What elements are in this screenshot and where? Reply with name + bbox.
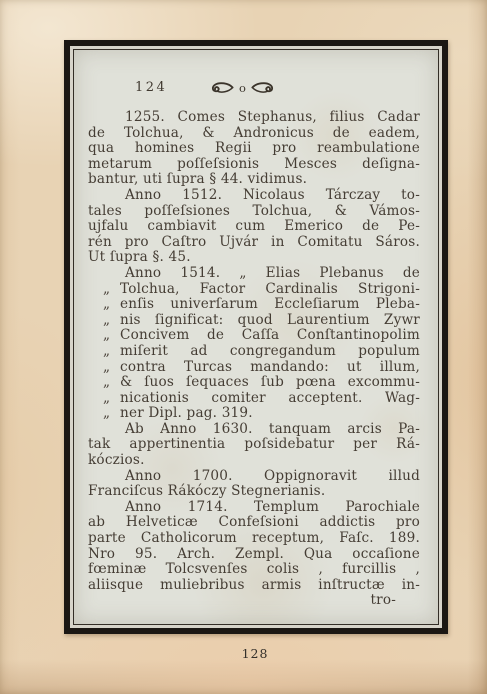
page-header: 124 o — [88, 80, 420, 98]
text-line: Anno 1714. Templum Parochiale — [88, 500, 420, 516]
text-line: „miſerit ad congregandum populum — [88, 344, 420, 360]
text-line: ab Helveticæ Confeſsioni addictis pro — [88, 515, 420, 531]
text-line: rén pro Caſtro Ujvár in Comitatu Sáros. — [88, 235, 420, 251]
text-line: fœminæ Tolcsvenſes colis , furcillis , — [88, 562, 420, 578]
quote-mark: „ — [103, 360, 110, 376]
quote-mark: „ — [103, 344, 110, 360]
text-line: Anno 1512. Nicolaus Tárczay to- — [88, 188, 420, 204]
page-text-block: 1255. Comes Stephanus, filius Cadar de T… — [88, 110, 420, 609]
header-page-number: 124 — [135, 80, 167, 95]
text-line: Ab Anno 1630. tanquam arcis Pa- — [88, 422, 420, 438]
text-line: Nro 95. Arch. Zempl. Qua occaſione — [88, 547, 420, 563]
text-line: 1255. Comes Stephanus, filius Cadar — [88, 110, 420, 126]
ornament-letter: o — [239, 82, 246, 94]
quote-mark: „ — [103, 313, 110, 329]
text-line-content: contra Turcas mandando: ut illum, — [120, 359, 420, 375]
text-line: qua homines Regii pro reambulatione — [88, 141, 420, 157]
header-ornament: o — [210, 81, 275, 94]
quote-mark: „ — [103, 391, 110, 407]
text-line: metarum poſſeſsionis Mesces deſigna- — [88, 157, 420, 173]
text-line: Ut ſupra §. 45. — [88, 250, 420, 266]
text-line: „enſis univerſarum Eccleſiarum Pleba- — [88, 297, 420, 313]
text-line-content: & ſuos ſequaces ſub pœna excommu- — [120, 374, 420, 390]
catchword: tro- — [88, 593, 420, 609]
text-line: Anno 1700. Oppignoravit illud — [88, 469, 420, 485]
text-line: Anno 1514. „ Elias Plebanus de — [88, 266, 420, 282]
text-line: „nicationis comiter acceptent. Wag- — [88, 391, 420, 407]
text-line: ujfalu cambiavit cum Emerico de Pe- — [88, 219, 420, 235]
quote-mark: „ — [103, 328, 110, 344]
ornament-flourish-right-icon — [251, 81, 275, 94]
text-line-content: miſerit ad congregandum populum — [120, 343, 420, 359]
text-line: „& ſuos ſequaces ſub pœna excommu- — [88, 375, 420, 391]
text-line-content: nicationis comiter acceptent. Wag- — [120, 390, 420, 406]
text-line: tak appertinentia poſsidebatur per Rá- — [88, 437, 420, 453]
page-frame-border: 124 o 1255. Comes Steph — [64, 40, 448, 634]
footer-page-number: 128 — [242, 646, 269, 661]
text-line: „Concivem de Caſſa Conſtantinopolim — [88, 328, 420, 344]
quote-mark: „ — [103, 406, 110, 422]
text-line: Franciſcus Rákóczy Stegnerianis. — [88, 484, 420, 500]
scanned-book-page: 124 o 1255. Comes Steph — [0, 0, 487, 694]
quote-mark: „ — [103, 297, 110, 313]
quote-mark: „ — [103, 282, 110, 298]
text-line: aliisque muliebribus armis inſtructæ in- — [88, 578, 420, 594]
text-line: bantur, uti ſupra § 44. vidimus. — [88, 172, 420, 188]
text-line: de Tolchua, & Andronicus de eadem, — [88, 126, 420, 142]
text-line: „nis ſignificat: quod Laurentium Zywr — [88, 313, 420, 329]
ornament-flourish-left-icon — [210, 81, 234, 94]
text-line-content: enſis univerſarum Eccleſiarum Pleba- — [120, 296, 420, 312]
text-line: tales poſſeſsiones Tolchua, & Vámos- — [88, 204, 420, 220]
quote-mark: „ — [103, 375, 110, 391]
text-line: „ner Dipl. pag. 319. — [88, 406, 420, 422]
text-line: kóczios. — [88, 453, 420, 469]
text-line-content: ner Dipl. pag. 319. — [120, 405, 253, 421]
text-line-content: Concivem de Caſſa Conſtantinopolim — [120, 327, 420, 343]
text-line-content: nis ſignificat: quod Laurentium Zywr — [120, 312, 420, 328]
text-line: „contra Turcas mandando: ut illum, — [88, 360, 420, 376]
text-line: „Tolchua, Factor Cardinalis Strigoni- — [88, 282, 420, 298]
text-line-content: Tolchua, Factor Cardinalis Strigoni- — [120, 281, 420, 297]
text-line: parte Catholicorum receptum, Faſc. 189. — [88, 531, 420, 547]
book-page: 124 o 1255. Comes Steph — [73, 49, 439, 625]
